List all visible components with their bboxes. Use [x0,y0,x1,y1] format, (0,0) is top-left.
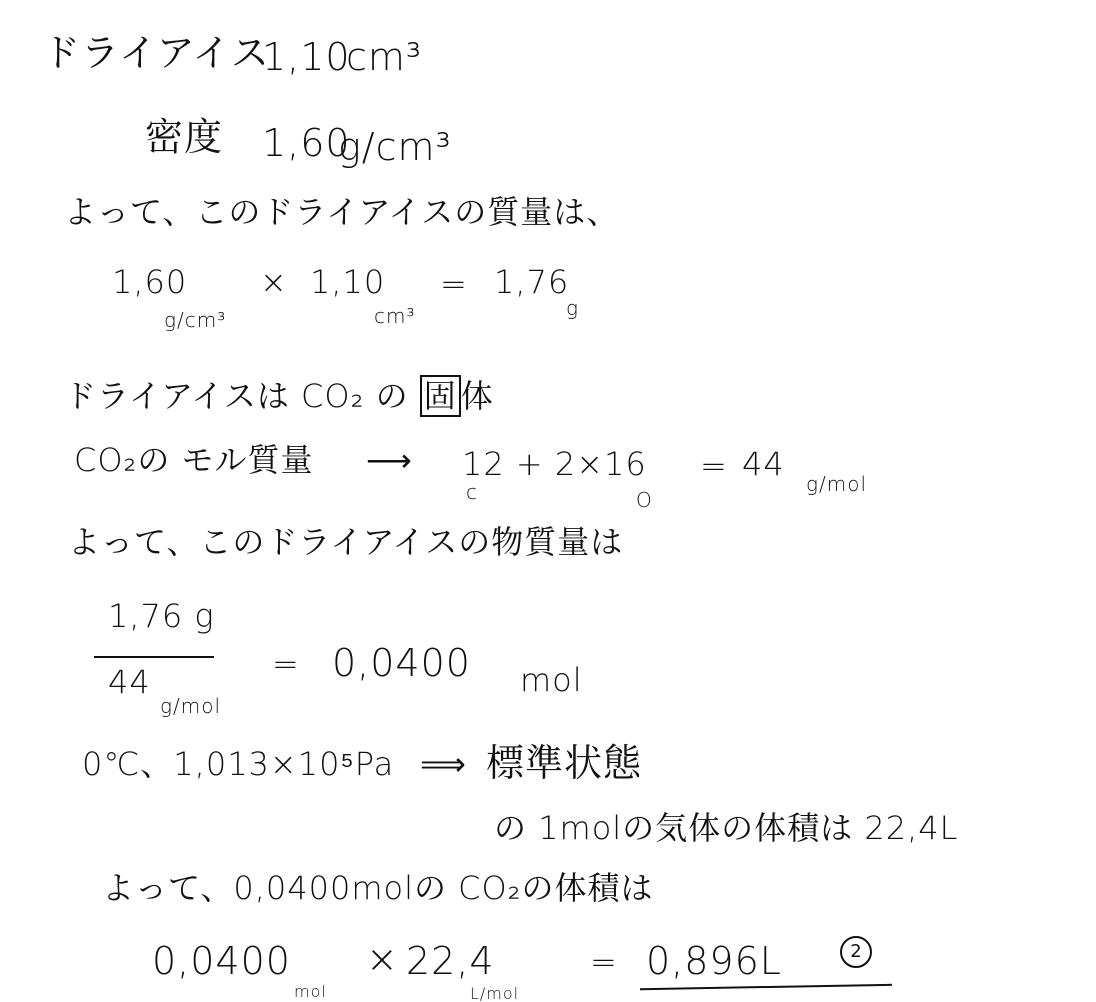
dry-ice-label: ドライアイス [42,34,270,72]
dry-ice-is-co2-text: ドライアイスは CO₂ の 固体 [64,380,494,412]
boxed-kanji: 固 [420,375,461,417]
molar-mass-result: 44 [742,448,785,480]
standard-state-label: 標準状態 [486,744,642,782]
calc3-molar-volume: 22,4 [406,942,495,980]
molar-volume-text: の 1molの気体の体積は 22,4L [494,812,958,844]
calc2-unit: mol [520,664,583,696]
dry-ice-is-co2-main: ドライアイスは CO₂ の [64,377,409,415]
calc3-times: × [366,940,399,978]
implies-arrow: ⟹ [420,748,467,780]
calc1-volume-unit: cm³ [374,306,416,326]
density-label: 密度 [145,118,223,156]
answer-number-circle: 2 [840,936,872,968]
dry-ice-volume: 1,10 [262,38,351,76]
calc2-denominator: 44 [108,666,151,698]
standard-conditions: 0℃、1,013×10⁵Pa [82,748,394,780]
calc1-density: 1,60 [112,266,187,298]
answer-underline [640,984,892,990]
calc2-result: 0,0400 [332,644,471,682]
carbon-label: c [466,482,478,502]
calc2-numerator: 1,76 g [108,600,215,632]
molar-mass-unit: g/mol [806,474,867,494]
amount-intro-text: よって、このドライアイスの物質量は [68,526,623,558]
calc3-equals: = [590,946,618,978]
mass-intro-text: よって、このドライアイスの質量は、 [64,196,619,228]
volume-intro-text: よって、0,0400molの CO₂の体積は [102,872,654,904]
calc3-amount: 0,0400 [152,942,291,980]
calc3-molar-volume-unit: L/mol [470,986,519,1002]
final-answer: 0,896L [646,942,782,980]
molar-mass-arrow: ⟶ [366,444,413,476]
molar-mass-equals: = [700,450,728,482]
fraction-bar [94,656,214,658]
calc2-equals: = [272,648,300,680]
calc1-equals: = [440,268,468,300]
calc1-result-unit: g [566,298,579,318]
dry-ice-is-co2-tail: 体 [461,377,494,415]
oxygen-label: O [636,490,653,510]
calc1-result: 1,76 [494,266,569,298]
calc1-density-unit: g/cm³ [164,310,226,330]
molar-mass-expression: 12 + 2×16 [462,448,647,480]
dry-ice-volume-unit: cm³ [346,38,422,76]
calc3-amount-unit: mol [294,984,327,1000]
density-unit: g/cm³ [338,128,452,166]
calc1-volume: 1,10 [310,266,385,298]
molar-mass-label: CO₂の モル質量 [74,444,314,476]
calc1-times: × [260,266,288,298]
calc2-denominator-unit: g/mol [160,696,221,716]
